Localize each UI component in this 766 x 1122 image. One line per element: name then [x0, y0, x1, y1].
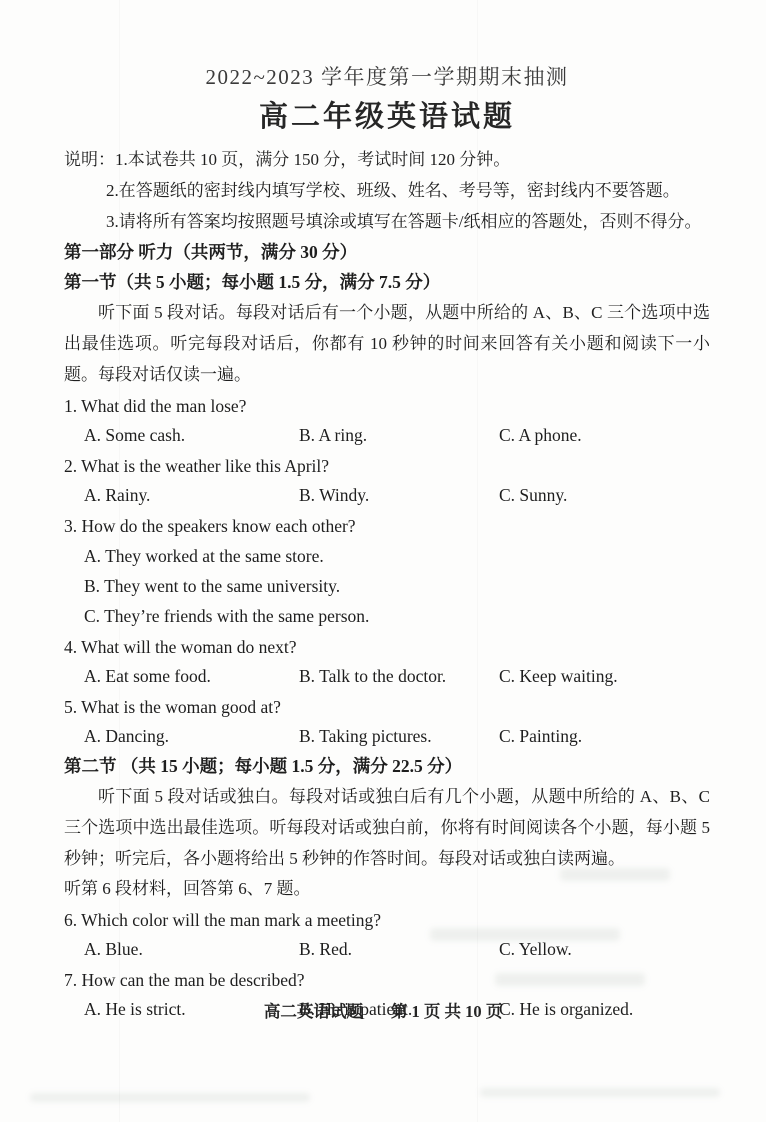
question-4-text: 4. What will the woman do next? — [64, 633, 710, 662]
question-2-text: 2. What is the weather like this April? — [64, 452, 710, 481]
page-title: 高二年级英语试题 — [64, 102, 710, 132]
question-3-options: A. They worked at the same store. B. The… — [64, 541, 710, 631]
question-1-options: A. Some cash. B. A ring. C. A phone. — [64, 421, 710, 450]
question-1-option-a: A. Some cash. — [84, 421, 299, 450]
question-6-option-a: A. Blue. — [84, 935, 299, 964]
question-2-options: A. Rainy. B. Windy. C. Sunny. — [64, 481, 710, 510]
part1-heading: 第一部分 听力（共两节，满分 30 分） — [64, 237, 710, 267]
note-line-1: 说明：1.本试卷共 10 页，满分 150 分，考试时间 120 分钟。 — [64, 144, 710, 175]
footer-page-info: 第 1 页 共 10 页 — [391, 1002, 502, 1021]
bleed-through-artifact — [30, 1093, 310, 1102]
exam-session-title: 2022~2023 学年度第一学期期末抽测 — [64, 62, 710, 92]
section2-instructions: 听下面 5 段对话或独白。每段对话或独白后有几个小题，从题中所给的 A、B、C … — [64, 781, 710, 874]
note-line-2: 2.在答题纸的密封线内填写学校、班级、姓名、考号等，密封线内不要答题。 — [64, 175, 710, 206]
question-5-option-b: B. Taking pictures. — [299, 722, 499, 751]
question-4-option-b: B. Talk to the doctor. — [299, 662, 499, 691]
question-5: 5. What is the woman good at? A. Dancing… — [64, 693, 710, 751]
question-1-option-c: C. A phone. — [499, 421, 710, 450]
bleed-through-artifact — [430, 928, 620, 941]
note-line-3: 3.请将所有答案均按照题号填涂或填写在答题卡/纸相应的答题处，否则不得分。 — [64, 206, 710, 237]
note-item-1: 1.本试卷共 10 页，满分 150 分，考试时间 120 分钟。 — [115, 150, 510, 169]
section1-instructions: 听下面 5 段对话。每段对话后有一个小题，从题中所给的 A、B、C 三个选项中选… — [64, 297, 710, 390]
page-footer: 高二英语试题第 1 页 共 10 页 — [0, 998, 766, 1022]
section2-heading: 第二节 （共 15 小题；每小题 1.5 分，满分 22.5 分） — [64, 751, 710, 781]
question-3-option-c: C. They’re friends with the same person. — [84, 601, 710, 631]
notes-label: 说明： — [64, 150, 115, 169]
section1-heading: 第一节（共 5 小题；每小题 1.5 分，满分 7.5 分） — [64, 267, 710, 297]
question-5-text: 5. What is the woman good at? — [64, 693, 710, 722]
question-2-option-b: B. Windy. — [299, 481, 499, 510]
question-4-options: A. Eat some food. B. Talk to the doctor.… — [64, 662, 710, 691]
bleed-through-artifact — [480, 1088, 720, 1097]
question-4-option-c: C. Keep waiting. — [499, 662, 710, 691]
question-2-option-a: A. Rainy. — [84, 481, 299, 510]
question-5-option-a: A. Dancing. — [84, 722, 299, 751]
question-5-option-c: C. Painting. — [499, 722, 710, 751]
question-3-text: 3. How do the speakers know each other? — [64, 512, 710, 541]
exam-page: 2022~2023 学年度第一学期期末抽测 高二年级英语试题 说明：1.本试卷共… — [0, 0, 766, 1122]
question-1-text: 1. What did the man lose? — [64, 392, 710, 421]
bleed-through-artifact — [560, 868, 670, 881]
footer-doc-label: 高二英语试题 — [264, 1002, 363, 1021]
question-1-option-b: B. A ring. — [299, 421, 499, 450]
bleed-through-artifact — [495, 973, 645, 986]
question-4-option-a: A. Eat some food. — [84, 662, 299, 691]
question-1: 1. What did the man lose? A. Some cash. … — [64, 392, 710, 450]
question-4: 4. What will the woman do next? A. Eat s… — [64, 633, 710, 691]
question-2-option-c: C. Sunny. — [499, 481, 710, 510]
question-3-option-a: A. They worked at the same store. — [84, 541, 710, 571]
question-3: 3. How do the speakers know each other? … — [64, 512, 710, 631]
question-3-option-b: B. They went to the same university. — [84, 571, 710, 601]
question-5-options: A. Dancing. B. Taking pictures. C. Paint… — [64, 722, 710, 751]
exam-notes: 说明：1.本试卷共 10 页，满分 150 分，考试时间 120 分钟。 2.在… — [64, 144, 710, 237]
question-2: 2. What is the weather like this April? … — [64, 452, 710, 510]
